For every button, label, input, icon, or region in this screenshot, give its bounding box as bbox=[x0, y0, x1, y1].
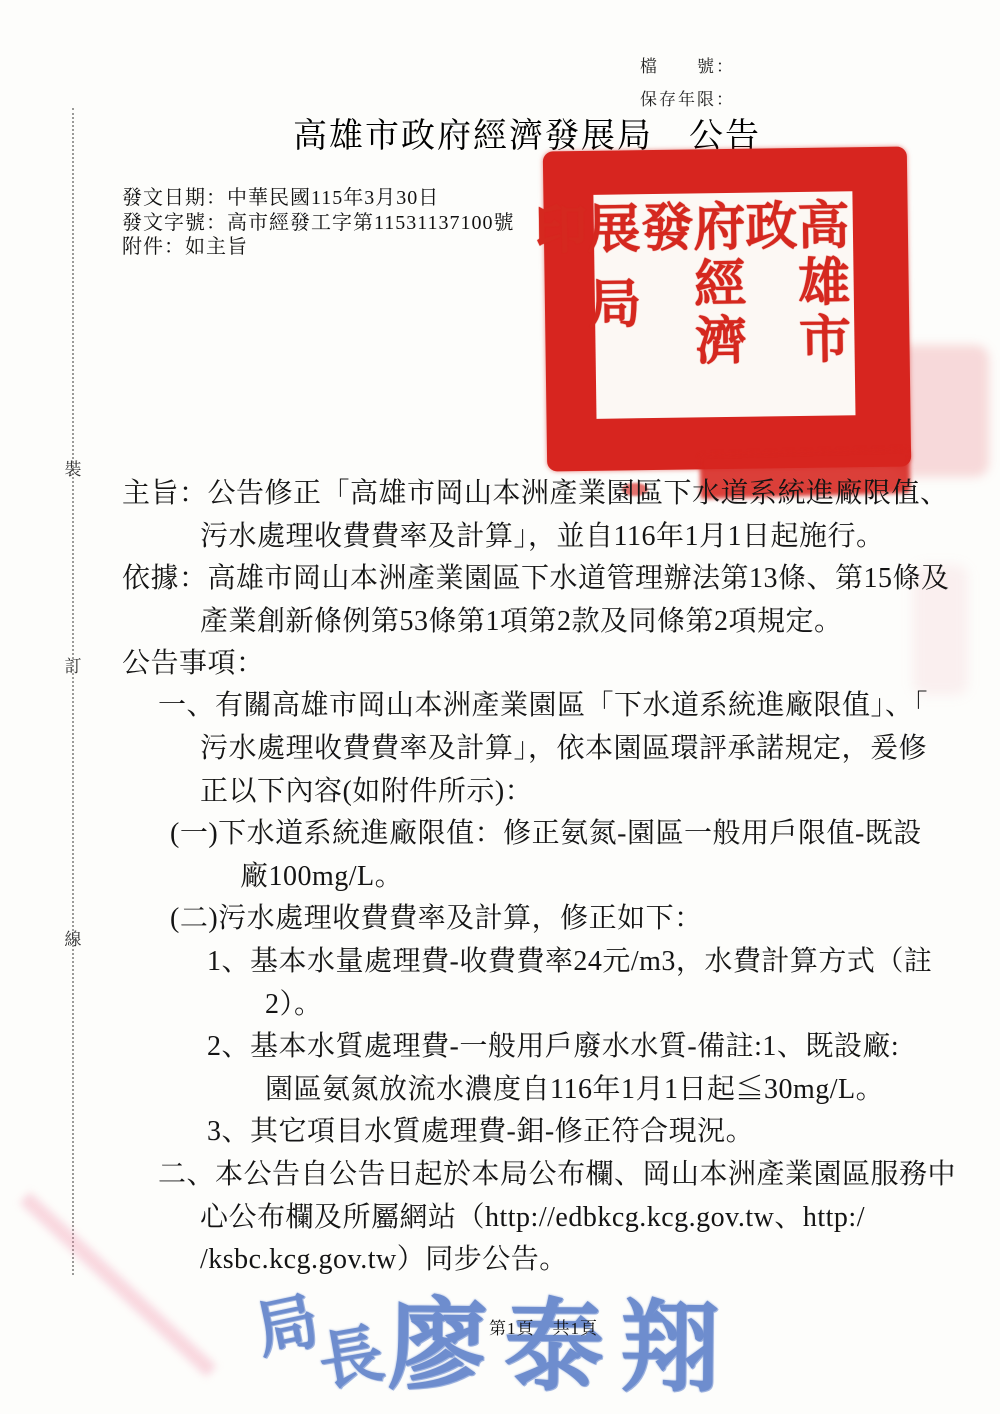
body-line: 公告事項： bbox=[122, 648, 265, 680]
binding-dotted-line bbox=[72, 108, 74, 1275]
body-line: 心公布欄及所屬網站（http://edbkcg.kcg.gov.tw、http:… bbox=[200, 1202, 865, 1234]
file-number-label: 檔 號： bbox=[640, 50, 735, 83]
doc-number-line: 發文字號：高市經發工字第11531137100號 bbox=[122, 211, 515, 236]
page-number-footer: 第1頁 共1頁 bbox=[489, 1314, 598, 1339]
body-line: 3、其它項目水質處理費-鉬-修正符合現況。 bbox=[207, 1116, 754, 1148]
body-line: 污水處理收費費率及計算」，依本園區環評承諾規定，爰修 bbox=[200, 733, 927, 765]
body-line: 依據：高雄市岡山本洲產業園區下水道管理辦法第13條、第15條及 bbox=[122, 563, 950, 595]
body-line: 主旨：公告修正「高雄市岡山本洲產業園區下水道系統進廠限值、 bbox=[122, 478, 949, 510]
body-line: 污水處理收費費率及計算」，並自116年1月1日起施行。 bbox=[200, 521, 884, 553]
binding-mark-ding: 訂 bbox=[63, 652, 83, 677]
seal-script-column: 府經濟發 bbox=[634, 199, 741, 412]
body-line: 一、有關高雄市岡山本洲產業園區「下水道系統進廠限值」、「 bbox=[158, 690, 928, 722]
body-line: 二、本公告自公告日起於本局公布欄、岡山本洲產業園區服務中 bbox=[158, 1159, 956, 1191]
body-line: 正以下內容(如附件所示)： bbox=[200, 776, 533, 808]
official-seal: 高雄市政 府經濟發 展局印 bbox=[543, 146, 911, 471]
body-line: 2）。 bbox=[265, 989, 323, 1021]
attachment-line: 附件：如主旨 bbox=[122, 235, 515, 260]
meta-block: 發文日期：中華民國115年3月30日 發文字號：高市經發工字第115311371… bbox=[122, 186, 515, 260]
issue-date-line: 發文日期：中華民國115年3月30日 bbox=[122, 186, 515, 211]
seal-script-column: 高雄市政 bbox=[738, 197, 845, 410]
body-line: (二)污水處理收費費率及計算，修正如下： bbox=[170, 903, 703, 935]
binding-mark-zhuang: 裝 bbox=[63, 455, 83, 480]
ink-smudge-streak bbox=[20, 1192, 217, 1377]
announcement-page: 檔 號： 保存年限： 高雄市政府經濟發展局 公告 發文日期：中華民國115年3月… bbox=[0, 0, 1000, 1414]
body-line: 產業創新條例第53條第1項第2款及同條第2項規定。 bbox=[200, 606, 843, 638]
body-line: 2、基本水質處理費-一般用戶廢水水質-備註:1、既設廠: bbox=[207, 1031, 899, 1063]
body-line: 園區氨氮放流水濃度自116年1月1日起≦30mg/L。 bbox=[265, 1074, 884, 1106]
signature-title-char: 長 bbox=[310, 1302, 389, 1404]
official-seal-face: 高雄市政 府經濟發 展局印 bbox=[593, 191, 855, 419]
binding-mark-xian: 線 bbox=[63, 925, 83, 950]
body-line: 廠100mg/L。 bbox=[240, 861, 403, 893]
archive-label-block: 檔 號： 保存年限： bbox=[640, 50, 735, 116]
body-line: 1、基本水量處理費-收費費率24元/m3，水費計算方式（註 bbox=[207, 946, 932, 978]
seal-script-column: 展局印 bbox=[528, 200, 637, 413]
body-line: (一)下水道系統進廠限值：修正氨氮-園區一般用戶限值-既設 bbox=[170, 818, 922, 850]
